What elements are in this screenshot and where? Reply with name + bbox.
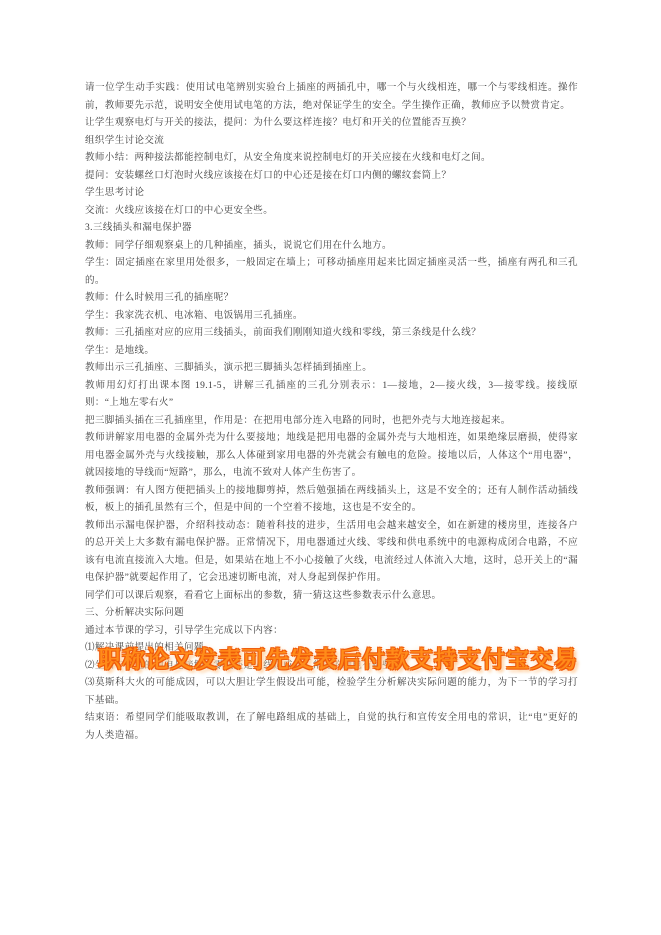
paragraph: 教师讲解家用电器的金属外壳为什么要接地；地线是把用电器的金属外壳与大地相连，如果… [85,430,578,483]
paragraph: 教师出示三孔插座、三脚插头，演示把三脚插头怎样插到插座上。 [85,360,578,378]
list-item: ⑶莫斯科大火的可能成因，可以大胆让学生假设出可能，检验学生分析解决实际问题的能力… [85,675,578,710]
ad-link-pay-after-publish[interactable]: 可先发表后付款 [242,641,410,674]
paragraph: 学生：我家洗衣机、电冰箱、电饭锅用三孔插座。 [85,308,578,326]
paragraph: 结束语：希望同学们能吸取教训，在了解电路组成的基础上，自觉的执行和宣传安全用电的… [85,710,578,745]
paragraph: 教师：三孔插座对应的应用三线插头，前面我们刚刚知道火线和零线，第三条线是什么线？ [85,325,578,343]
paragraph: 同学们可以课后观察，看看它上面标出的参数，猜一猜这这些参数表示什么意思。 [85,588,578,606]
paragraph: 教师强调：有人图方便把插头上的接地脚剪掉，然后勉强插在两线插头上，这是不安全的；… [85,483,578,518]
paragraph: 提问：安装螺丝口灯泡时火线应该接在灯口的中心还是接在灯口内侧的螺纹套筒上？ [85,168,578,186]
section-heading: 三、分析解决实际问题 [85,605,578,623]
paragraph: 让学生观察电灯与开关的接法，提问：为什么要这样连接？电灯和开关的位置能否互换？ [85,115,578,133]
paragraph: 请一位学生动手实践：使用试电笔辨别实验台上插座的两插孔中，哪一个与火线相连，哪一… [85,80,578,115]
paragraph: 组织学生讨论交流 [85,133,578,151]
paragraph: 把三脚插头插在三孔插座里，作用是：在把用电部分连入电路的同时，也把外壳与大地连接… [85,413,578,431]
paragraph: 教师用幻灯打出课本图 19.1-5，讲解三孔插座的三孔分别表示：1—接地，2—接… [85,378,578,413]
paragraph: 教师：什么时候用三孔的插座呢？ [85,290,578,308]
lesson-plan-page: 请一位学生动手实践：使用试电笔辨别实验台上插座的两插孔中，哪一个与火线相连，哪一… [0,0,661,935]
section-heading: 3.三线插头和漏电保护器 [85,220,578,238]
paragraph: 教师：同学仔细观察桌上的几种插座，插头，说说它们用在什么地方。 [85,238,578,256]
paragraph: 教师出示漏电保护器，介绍科技动态：随着科技的进步，生活用电会越来越安全，如在新建… [85,518,578,588]
ad-banner: 职称论文发表 可先发表后付款 支持支付宝交易 [98,638,572,676]
paragraph: 学生：是地线。 [85,343,578,361]
ad-link-paper-publishing[interactable]: 职称论文发表 [98,641,242,674]
ad-link-alipay-supported[interactable]: 支持支付宝交易 [410,641,578,674]
paragraph: 学生：固定插座在家里用处很多，一般固定在墙上；可移动插座用起来比固定插座灵活一些… [85,255,578,290]
paragraph: 交流：火线应该接在灯口的中心更安全些。 [85,203,578,221]
paragraph: 学生思考讨论 [85,185,578,203]
paragraph: 教师小结：两种接法都能控制电灯，从安全角度来说控制电灯的开关应接在火线和电灯之间… [85,150,578,168]
